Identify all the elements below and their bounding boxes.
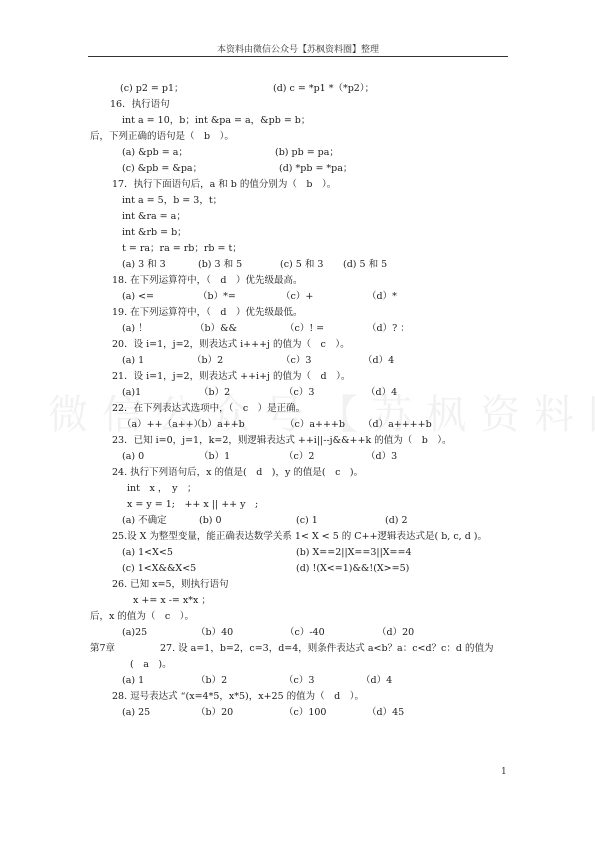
text-segment: （d）4 xyxy=(366,387,397,399)
text-segment: (b) 0 xyxy=(199,515,222,527)
text-line: (a) 1 xyxy=(122,675,144,687)
text-line: (c) 1<X&&X<5 xyxy=(122,563,196,575)
text-segment: 27. 设 a=1，b=2，c=3，d=4，则条件表达式 a<b？a：c<d？c… xyxy=(160,643,493,655)
text-segment: (d) !(X<=1)&&!(X>=5) xyxy=(296,563,409,575)
text-line: (a)25 xyxy=(122,627,147,639)
text-segment: （d）a++++b xyxy=(363,419,432,431)
text-segment: （c）! = xyxy=(285,323,324,335)
text-line: x += x -= x*x ； xyxy=(133,595,211,607)
text-segment: (c) 5 和 3 xyxy=(280,259,323,271)
text-segment: （b）1 xyxy=(199,451,230,463)
text-segment: (b) pb = pa； xyxy=(275,147,339,159)
text-segment: （c）100 xyxy=(284,707,326,719)
text-segment: （d）20 xyxy=(377,627,414,639)
text-segment: （d）3 xyxy=(366,451,397,463)
text-line: 18. 在下列运算符中，（ d ）优先级最高。 xyxy=(112,275,302,287)
text-line: (a) 3 和 3 xyxy=(122,259,166,271)
text-segment: （b）2 xyxy=(196,675,227,687)
text-line: 20．设 i=1，j=2，则表达式 i+++j 的值为（ c ）。 xyxy=(112,339,350,351)
text-line: 23．已知 i=0，j=1，k=2，则逻辑表达式 ++i||--j&&++k 的… xyxy=(112,435,452,447)
text-segment: （b）*= xyxy=(198,291,236,303)
text-segment: （c）-40 xyxy=(285,627,325,639)
text-line: 第7章 xyxy=(90,643,115,655)
text-segment: （d）45 xyxy=(367,707,404,719)
text-line: 21．设 i=1，j=2，则表达式 ++i+j 的值为（ d ）。 xyxy=(112,371,350,383)
text-line: 26. 已知 x=5，则执行语句 xyxy=(112,579,229,591)
text-line: (a) ！ xyxy=(122,323,148,335)
text-line: t = ra；ra = rb；rb = t； xyxy=(122,243,242,255)
text-segment: （c）3 xyxy=(281,355,311,367)
text-segment: (d) 2 xyxy=(385,515,408,527)
document-body: (c) p2 = p1；(d) c = *p1 *（*p2）；16．执行语句in… xyxy=(0,0,595,841)
text-line: （a）++（a++） xyxy=(122,419,203,431)
text-line: 24. 执行下列语句后，x 的值是( d )，y 的值是( c )。 xyxy=(112,467,363,479)
text-line: (c) &pb = &pa； xyxy=(122,163,202,175)
text-line: (a) 25 xyxy=(122,707,150,719)
text-line: 22．在下列表达式选项中，（ c ）是正确。 xyxy=(112,403,305,415)
text-line: x = y = 1; ++ x || ++ y ; xyxy=(127,499,258,511)
text-line: 16．执行语句 xyxy=(110,99,170,111)
text-segment: （d）* xyxy=(367,291,397,303)
text-segment: (d) *pb = *pa； xyxy=(279,163,352,175)
text-segment: （c）a+++b xyxy=(285,419,345,431)
text-line: (a) <= xyxy=(122,291,154,303)
text-line: (a) 不确定 xyxy=(122,515,167,527)
text-segment: （b）2 xyxy=(199,387,230,399)
text-segment: （d）? ： xyxy=(367,323,410,335)
text-segment: （c）+ xyxy=(281,291,313,303)
text-line: (a) &pb = a； xyxy=(122,147,188,159)
text-line: (a) 0 xyxy=(122,451,144,463)
text-line: int a = 10，b；int &pa = a，&pb = b； xyxy=(122,115,310,127)
text-line: 后，下列正确的语句是（ b ）。 xyxy=(90,131,234,143)
text-line: 后，x 的值为（ c ）。 xyxy=(90,611,194,623)
text-line: 19. 在下列运算符中，（ d ）优先级最低。 xyxy=(112,307,302,319)
text-line: int a = 5，b = 3，t； xyxy=(122,195,222,207)
text-segment: (b) 3 和 5 xyxy=(198,259,242,271)
text-segment: （b）40 xyxy=(196,627,233,639)
text-line: (a) 1<X<5 xyxy=(122,547,173,559)
text-segment: (d) c = *p1 *（*p2）； xyxy=(273,83,374,95)
text-line: int x ， y ； xyxy=(127,483,196,495)
text-segment: （b）20 xyxy=(196,707,233,719)
text-line: int &ra = a； xyxy=(122,211,186,223)
text-line: (c) p2 = p1； xyxy=(120,83,184,95)
text-line: (a)1 xyxy=(122,387,141,399)
text-line: 25.设 X 为整型变量，能正确表达数学关系 1< X < 5 的 C++逻辑表… xyxy=(112,531,487,543)
text-segment: (c) 1 xyxy=(296,515,318,527)
text-line: (a) 1 xyxy=(122,355,144,367)
text-line: 17．执行下面语句后，a 和 b 的值分别为（ b ）。 xyxy=(112,179,336,191)
text-segment: （d）4 xyxy=(363,355,394,367)
text-line: ( a )。 xyxy=(130,659,172,671)
text-segment: (b) X==2||X==3||X==4 xyxy=(296,547,412,559)
text-segment: (d) 5 和 5 xyxy=(343,259,387,271)
text-line: int &rb = b； xyxy=(122,227,187,239)
text-segment: （b）&& xyxy=(195,323,237,335)
text-segment: （c）2 xyxy=(284,451,314,463)
text-segment: （c）3 xyxy=(284,387,314,399)
text-segment: （b）2 xyxy=(192,355,223,367)
text-segment: （c）3 xyxy=(284,675,314,687)
text-segment: （d）4 xyxy=(361,675,392,687)
text-line: 28. 逗号表达式 “(x=4*5，x*5)，x+25 的值为（ d ）。 xyxy=(112,691,364,703)
text-segment: （b）a++b xyxy=(192,419,245,431)
